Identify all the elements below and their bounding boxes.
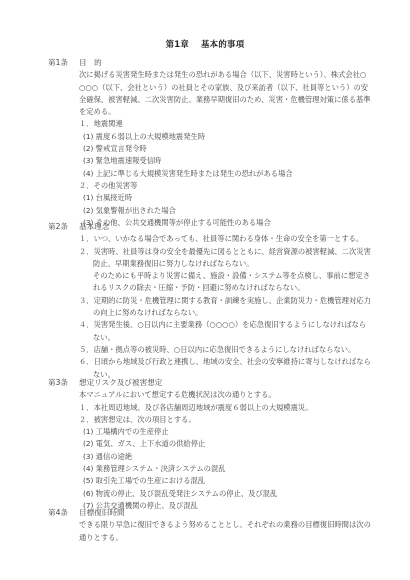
body-line: 通りとする。 [79,532,399,544]
body-line: の向上に努めなければならない。 [79,307,399,319]
body-line: できる限り早急に復旧できるよう努めることとし、それぞれの業務の目標復旧時間は次の [79,519,399,531]
article-heading: 目標復旧時間 [79,507,125,519]
body-line: ない。 [79,332,399,344]
article-heading: 想定リスク及び被害想定 [79,377,162,389]
body-line: 次に掲げる災害発生時または発生の恐れがある場合（以下、災害時という）、株式会社○ [79,69,399,81]
body-line: ２．災害時、社員等は身の安全を最優先に図るとともに、経営資源の被害軽減、二次災害 [79,246,399,258]
body-line: 全確保、被害軽減、二次災害防止、業務早期復旧のため、災害・危機管理対策に係る基準 [79,94,399,106]
body-line: ２．その他災害等 [79,180,399,192]
body-line: １．本社周辺地域、及び各店舗周辺地域が震度６弱以上の大規模震災。 [79,402,399,414]
article-number: 第3条 [48,377,68,389]
article-body: 本マニュアルにおいて想定する危機状況は次の通りとする。１．本社周辺地域、及び各店… [79,389,399,512]
body-line: (6) 物流の停止、及び混乱受発注システムの停止、及び混乱 [79,488,399,500]
body-line: れるリスクの除去・圧縮・予防・回避に努めなければならない。 [79,282,399,294]
body-line: ３．定期的に防災・危機管理に関する教育・訓練を実施し、企業防災力・危機管理対応力 [79,295,399,307]
body-line: そのためにも平時より災害に備え、施設・設備・システム等を点検し、事前に想定さ [79,270,399,282]
body-line: ６．日頃から地域及び行政と連携し、地域の安全、社会の安寧維持に寄与しなければなら [79,356,399,368]
article-heading: 目 的 [79,57,102,69]
article-heading: 基本理念 [79,221,109,233]
article-body: できる限り早急に復旧できるよう努めることとし、それぞれの業務の目標復旧時間は次の… [79,519,399,544]
body-line: １．地震関連 [79,118,399,130]
article-body: 次に掲げる災害発生時または発生の恐れがある場合（以下、災害時という）、株式会社○… [79,69,399,229]
body-line: (7) 公共交通機関の停止、及び混乱 [79,500,399,512]
body-line: (2) 警戒宣言発令時 [79,143,399,155]
body-line: (3) その他、公共交通機関等が停止する可能性のある場合 [79,217,399,229]
body-line: (5) 取引先工場での生産における混乱 [79,475,399,487]
article-number: 第4条 [48,507,68,519]
body-line: ○○○（以下、会社という）の社員とその家族、及び来訪者（以下、社員等という）の安 [79,82,399,94]
body-line: 本マニュアルにおいて想定する危機状況は次の通りとする。 [79,389,399,401]
body-line: (3) 緊急地震速報受信時 [79,155,399,167]
body-line: (2) 気象警報が出された場合 [79,205,399,217]
body-line: (4) 業務管理システム・決済システムの混乱 [79,463,399,475]
body-line: (1) 震度６弱以上の大規模地震発生時 [79,131,399,143]
body-line: ４．災害発生後、○日以内に主要業務（○○○○）を応急復旧するようにしなければなら [79,319,399,331]
body-line: を定める。 [79,106,399,118]
body-line: (1) 台風接近時 [79,192,399,204]
article-number: 第2条 [48,221,68,233]
body-line: (4) 上記に準じる大規模災害発生時または発生の恐れがある場合 [79,168,399,180]
body-line: (2) 電気、ガス、上下水道の供給停止 [79,438,399,450]
document-page: 第1章 基本的事項 第1条 目 的 次に掲げる災害発生時または発生の恐れがある場… [0,0,410,580]
chapter-title: 第1章 基本的事項 [0,38,410,50]
article-body: １．いつ、いかなる場合であっても、社員等に関わる身体・生命の安全を第一とする。２… [79,233,399,381]
body-line: (3) 通信の途絶 [79,451,399,463]
body-line: (1) 工場構内での生産停止 [79,426,399,438]
body-line: １．いつ、いかなる場合であっても、社員等に関わる身体・生命の安全を第一とする。 [79,233,399,245]
body-line: 防止、早期業務復旧に努力しなければならない。 [79,258,399,270]
body-line: ２．被害想定は、次の項目とする。 [79,414,399,426]
body-line: ５．店舗・拠点等の被災時、○日以内に応急復旧できるようにしなければならない。 [79,344,399,356]
article-number: 第1条 [48,57,68,69]
